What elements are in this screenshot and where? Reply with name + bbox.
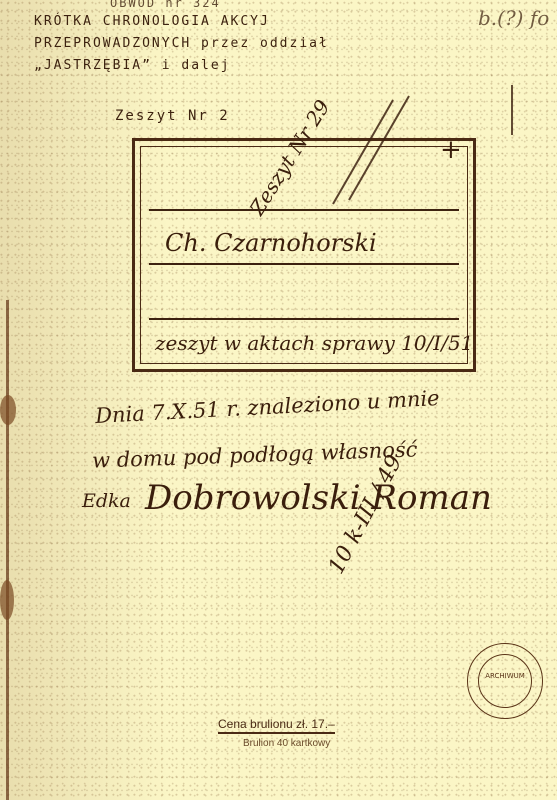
stamp-inner-ring bbox=[478, 654, 532, 708]
header-unit: „JASTRZĘBIA” i dalej bbox=[34, 58, 231, 73]
label-rule bbox=[149, 263, 459, 265]
notebook-type: Brulion 40 kartkowy bbox=[243, 738, 330, 749]
notebook-price: Cena brulionu zł. 17.– bbox=[218, 717, 335, 734]
binding-hole bbox=[0, 395, 16, 425]
label-rule bbox=[149, 318, 459, 320]
note-line-3-prefix: Edka bbox=[82, 490, 131, 512]
label-line-1: Ch. Czarnohorski bbox=[165, 229, 377, 257]
binding-edge bbox=[6, 300, 9, 800]
header-title: KRÓTKA CHRONOLOGIA AKCYJ bbox=[34, 14, 270, 29]
header-subtitle: PRZEPROWADZONYCH przez oddział bbox=[34, 36, 329, 51]
label-rule bbox=[149, 209, 459, 211]
notebook-label: Ch. Czarnohorski zeszyt w aktach sprawy … bbox=[132, 138, 476, 372]
stamp-text: ARCHIWUM bbox=[468, 672, 542, 680]
archive-stamp: ARCHIWUM bbox=[467, 643, 543, 719]
label-line-3: zeszyt w aktach sprawy 10/I/51 bbox=[155, 331, 473, 355]
margin-mark bbox=[511, 85, 513, 135]
cross-mark: + bbox=[440, 135, 462, 165]
owner-name: Dobrowolski Roman bbox=[145, 478, 492, 518]
corner-note: b.(?) fo bbox=[478, 6, 549, 30]
binding-hole bbox=[0, 580, 14, 620]
header-district: OBWÓD nr 324 bbox=[110, 0, 221, 10]
notebook-number: Zeszyt Nr 2 bbox=[115, 108, 230, 124]
